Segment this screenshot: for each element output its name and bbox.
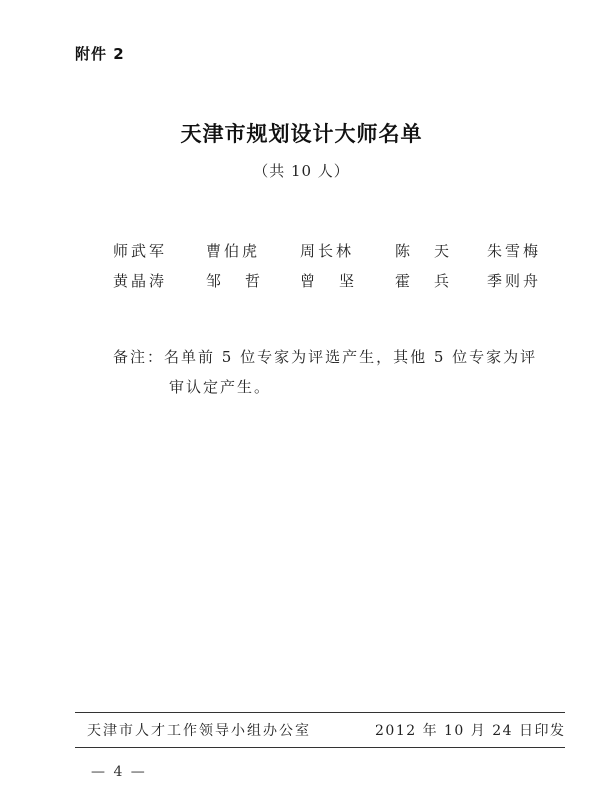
footer-top-rule (75, 712, 565, 713)
name-item: 黄晶涛 (113, 270, 167, 291)
name-item: 邹哲 (206, 270, 260, 291)
document-subtitle: （共 10 人） (0, 160, 603, 181)
name-item: 季则舟 (487, 270, 541, 291)
name-item: 曾坚 (300, 270, 354, 291)
name-item: 周长林 (300, 240, 354, 261)
name-item: 陈天 (395, 240, 449, 261)
name-item: 朱雪梅 (487, 240, 541, 261)
name-char: 霍 (395, 272, 410, 290)
remark-line-1: 备注：名单前 5 位专家为评选产生，其他 5 位专家为评 (113, 348, 537, 366)
name-item: 霍兵 (395, 270, 449, 291)
attachment-label: 附件 2 (75, 43, 125, 64)
name-char: 邹 (206, 272, 221, 290)
name-char: 哲 (245, 272, 260, 290)
remark-note: 备注：名单前 5 位专家为评选产生，其他 5 位专家为评 审认定产生。 (113, 342, 583, 402)
issuing-organization: 天津市人才工作领导小组办公室 (87, 720, 311, 740)
name-char: 坚 (339, 272, 354, 290)
document-title: 天津市规划设计大师名单 (0, 118, 603, 148)
issue-date: 2012 年 10 月 24 日印发 (375, 720, 566, 740)
name-char: 天 (434, 242, 449, 260)
name-item: 曹伯虎 (206, 240, 260, 261)
name-char: 兵 (434, 272, 449, 290)
remark-line-2: 审认定产生。 (113, 372, 583, 402)
footer-bottom-rule (75, 747, 565, 748)
name-item: 师武军 (113, 240, 167, 261)
name-char: 陈 (395, 242, 410, 260)
page-number: — 4 — (91, 764, 147, 780)
name-char: 曾 (300, 272, 315, 290)
